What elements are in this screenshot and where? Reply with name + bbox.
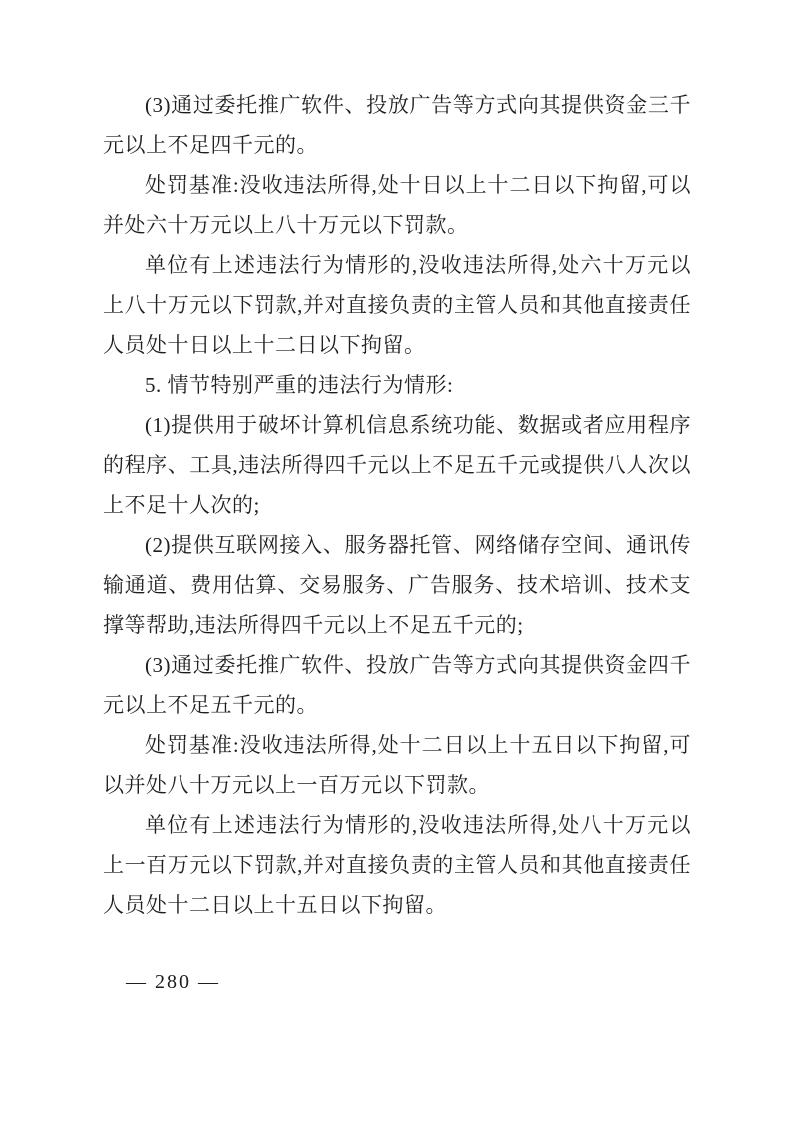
document-body: (3)通过委托推广软件、投放广告等方式向其提供资金三千元以上不足四千元的。 处罚… xyxy=(103,85,691,925)
paragraph: 单位有上述违法行为情形的,没收违法所得,处八十万元以上一百万元以下罚款,并对直接… xyxy=(103,805,691,925)
paragraph: 处罚基准:没收违法所得,处十二日以上十五日以下拘留,可以并处八十万元以上一百万元… xyxy=(103,725,691,805)
paragraph: (3)通过委托推广软件、投放广告等方式向其提供资金三千元以上不足四千元的。 xyxy=(103,85,691,165)
paragraph-heading: 5. 情节特别严重的违法行为情形: xyxy=(103,365,691,405)
page: (3)通过委托推广软件、投放广告等方式向其提供资金三千元以上不足四千元的。 处罚… xyxy=(0,0,793,1122)
paragraph: (3)通过委托推广软件、投放广告等方式向其提供资金四千元以上不足五千元的。 xyxy=(103,645,691,725)
paragraph: 单位有上述违法行为情形的,没收违法所得,处六十万元以上八十万元以下罚款,并对直接… xyxy=(103,245,691,365)
paragraph: 处罚基准:没收违法所得,处十日以上十二日以下拘留,可以并处六十万元以上八十万元以… xyxy=(103,165,691,245)
paragraph: (1)提供用于破坏计算机信息系统功能、数据或者应用程序的程序、工具,违法所得四千… xyxy=(103,405,691,525)
page-number: — 280 — xyxy=(126,968,220,996)
paragraph: (2)提供互联网接入、服务器托管、网络储存空间、通讯传输通道、费用估算、交易服务… xyxy=(103,525,691,645)
